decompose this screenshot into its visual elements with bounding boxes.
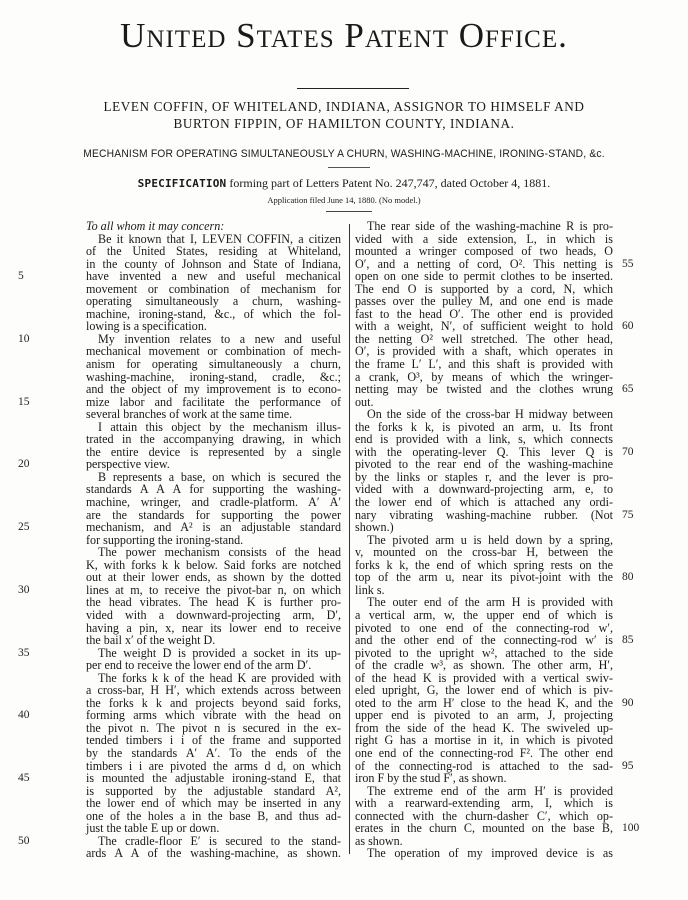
mechanism-title: MECHANISM FOR OPERATING SIMULTANEOUSLY A… xyxy=(64,148,623,160)
text-line: several branches of work at the same tim… xyxy=(86,408,341,421)
text-line: top of the arm u, near its pivot-joint w… xyxy=(355,571,613,584)
column-divider xyxy=(349,224,350,854)
text-line: shown.) xyxy=(355,521,613,534)
office-title: United States Patent Office. xyxy=(0,16,688,56)
left-column: To all whom it may concern:Be it known t… xyxy=(86,220,341,860)
margin-line-number: 80 xyxy=(622,571,634,583)
mechanism-rule xyxy=(328,167,370,168)
text-line: trated in the accompanying drawing, in w… xyxy=(86,433,341,446)
text-line: forming arms which vibrate with the head… xyxy=(86,709,341,722)
specification-line: SPECIFICATION forming part of Letters Pa… xyxy=(40,176,648,191)
text-line: iron F by the stud F′, as shown. xyxy=(355,772,613,785)
text-line: The power mechanism consists of the head xyxy=(86,546,341,559)
text-line: erates in the churn C, mounted on the ba… xyxy=(355,822,613,835)
text-line: anism for operating simultaneously a chu… xyxy=(86,358,341,371)
application-filed: Application filed June 14, 1880. (No mod… xyxy=(0,195,688,205)
text-line: mounted a wringer composed of two heads,… xyxy=(355,245,613,258)
text-line: To all whom it may concern: xyxy=(86,220,341,233)
specification-text: forming part of Letters Patent No. 247,7… xyxy=(229,176,550,190)
text-line: is mounted the adjustable ironing-stand … xyxy=(86,772,341,785)
text-line: a cross-bar, H H′, which extends across … xyxy=(86,684,341,697)
text-line: and the other end of the connecting-rod … xyxy=(355,634,613,647)
margin-line-number: 20 xyxy=(18,458,30,470)
assignor-line-2: BURTON FIPPIN, OF HAMILTON COUNTY, INDIA… xyxy=(60,115,628,132)
right-column: The rear side of the washing-machine R i… xyxy=(355,220,613,860)
margin-line-number: 95 xyxy=(622,760,634,772)
text-line: with a rearward-extending arm, I, which … xyxy=(355,797,613,810)
filed-rule xyxy=(326,211,372,212)
margin-line-number: 65 xyxy=(622,383,634,395)
text-line: The rear side of the washing-machine R i… xyxy=(355,220,613,233)
margin-line-number: 85 xyxy=(622,634,634,646)
margin-line-number: 90 xyxy=(622,697,634,709)
margin-line-number: 5 xyxy=(18,270,24,282)
text-line: The operation of my improved device is a… xyxy=(355,847,613,860)
text-line: the lower end of which is attached any o… xyxy=(355,496,613,509)
text-line: vided with a downward-projecting arm, D′… xyxy=(86,609,341,622)
margin-line-number: 75 xyxy=(622,509,634,521)
text-line: of the cradle w³, as shown. The other ar… xyxy=(355,659,613,672)
text-line: of the United States, residing at Whitel… xyxy=(86,245,341,258)
text-line: the bail x′ of the weight D. xyxy=(86,634,341,647)
margin-line-number: 50 xyxy=(18,835,30,847)
margin-line-number: 25 xyxy=(18,521,30,533)
margin-line-number: 60 xyxy=(622,320,634,332)
text-line: On the side of the cross-bar H midway be… xyxy=(355,408,613,421)
margin-line-number: 10 xyxy=(18,333,30,345)
margin-line-number: 30 xyxy=(18,584,30,596)
text-line: nary vibrating washing-machine rubber. (… xyxy=(355,509,613,522)
text-line: open on one side to permit clothes to be… xyxy=(355,270,613,283)
text-line: end is provided with a link, s, which co… xyxy=(355,433,613,446)
text-line: upper end is pivoted to an arm, J, proje… xyxy=(355,709,613,722)
text-line: passes over the pulley M, and one end is… xyxy=(355,295,613,308)
text-line: just the table E up or down. xyxy=(86,822,341,835)
text-line: and the object of my improvement is to e… xyxy=(86,383,341,396)
text-line: have invented a new and useful mechanica… xyxy=(86,270,341,283)
text-line: operating simultaneously a churn, washin… xyxy=(86,295,341,308)
assignor-block: LEVEN COFFIN, OF WHITELAND, INDIANA, ASS… xyxy=(60,98,628,132)
assignor-line-1: LEVEN COFFIN, OF WHITELAND, INDIANA, ASS… xyxy=(60,98,628,115)
text-line: netting may be twisted and the clothes w… xyxy=(355,383,613,396)
text-line: mechanism, and A² is an adjustable stand… xyxy=(86,521,341,534)
margin-line-number: 45 xyxy=(18,772,30,784)
text-line: a vertical arm, w, the upper end of whic… xyxy=(355,609,613,622)
text-line: ards A A of the washing-machine, as show… xyxy=(86,847,341,860)
margin-line-number: 70 xyxy=(622,446,634,458)
text-line: by the standards A′ A′. To the ends of t… xyxy=(86,747,341,760)
text-line: machine, wringer, and cradle-platform. A… xyxy=(86,496,341,509)
text-line: the frame L′ L′, and this shaft is provi… xyxy=(355,358,613,371)
margin-line-number: 100 xyxy=(622,822,639,834)
specification-label: SPECIFICATION xyxy=(138,177,227,190)
text-line: per end to receive the lower end of the … xyxy=(86,659,341,672)
margin-line-number: 40 xyxy=(18,709,30,721)
margin-line-number: 55 xyxy=(622,258,634,270)
text-line: eled upright, G, the lower end of which … xyxy=(355,684,613,697)
text-line: the lower end of which may be inserted i… xyxy=(86,797,341,810)
text-line: out at their lower ends, as shown by the… xyxy=(86,571,341,584)
title-rule xyxy=(297,88,409,89)
margin-line-number: 35 xyxy=(18,647,30,659)
margin-line-number: 15 xyxy=(18,396,30,408)
text-line: v, mounted on the cross-bar H, between t… xyxy=(355,546,613,559)
text-line: one end of the connecting-rod F². The ot… xyxy=(355,747,613,760)
